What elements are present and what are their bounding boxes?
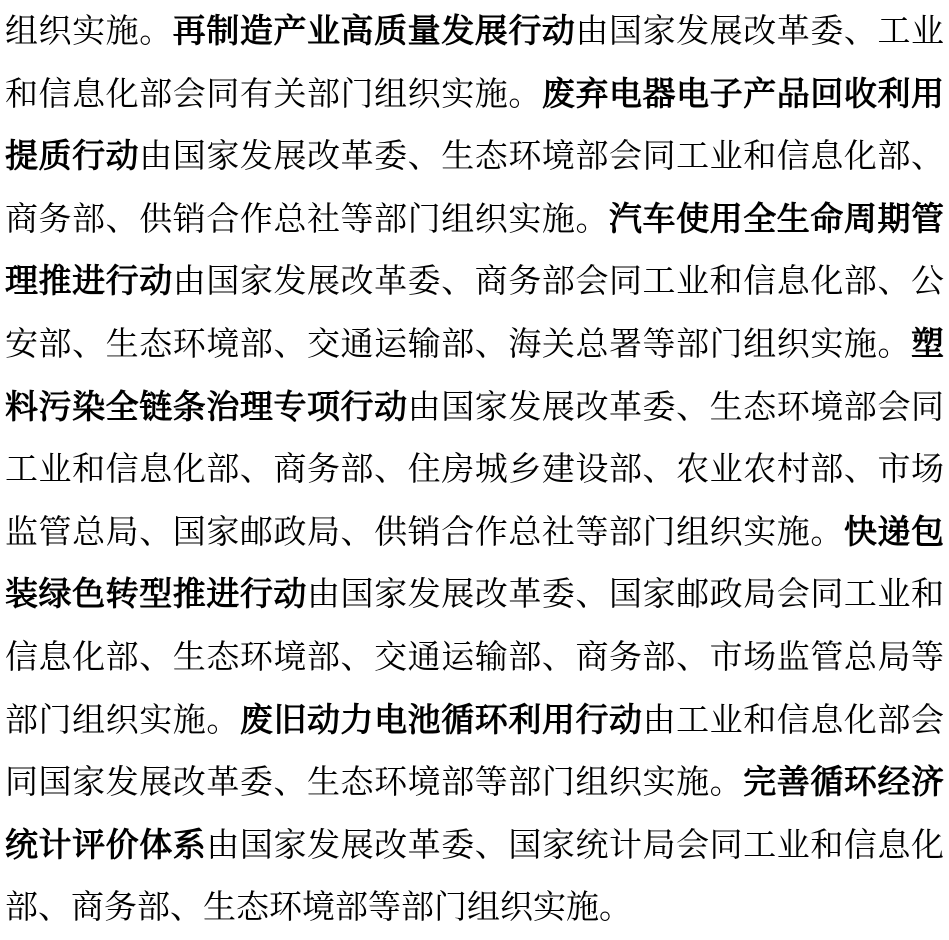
body-text: 由国家发展改革委、生态环境部会同工业和信息化部、 bbox=[139, 139, 944, 175]
body-text: 信息化部、生态环境部、交通运输部、商务部、市场监管总局等 bbox=[5, 640, 944, 676]
body-text: 同国家发展改革委、生态环境部等部门组织实施。 bbox=[5, 765, 743, 801]
text-line: 工业和信息化部、商务部、住房城乡建设部、农业农村部、市场 bbox=[5, 439, 944, 502]
text-line: 和信息化部会同有关部门组织实施。废弃电器电子产品回收利用 bbox=[5, 64, 944, 127]
body-text: 由国家发展改革委、生态环境部会同 bbox=[408, 390, 944, 426]
action-name-text: 统计评价体系 bbox=[5, 828, 206, 864]
action-name-text: 理推进行动 bbox=[5, 264, 173, 300]
body-text: 部、商务部、生态环境部等部门组织实施。 bbox=[5, 890, 632, 926]
action-name-text: 汽车使用全生命周期管 bbox=[609, 202, 944, 238]
action-name-text: 再制造产业高质量发展行动 bbox=[173, 14, 576, 50]
action-name-text: 装绿色转型推进行动 bbox=[5, 577, 307, 613]
body-text: 由国家发展改革委、商务部会同工业和信息化部、公 bbox=[173, 264, 944, 300]
action-name-text: 废旧动力电池循环利用行动 bbox=[240, 703, 643, 739]
text-line: 商务部、供销合作总社等部门组织实施。汽车使用全生命周期管 bbox=[5, 189, 944, 252]
text-line: 同国家发展改革委、生态环境部等部门组织实施。完善循环经济 bbox=[5, 752, 944, 815]
text-line: 组织实施。再制造产业高质量发展行动由国家发展改革委、工业 bbox=[5, 1, 944, 64]
body-text: 部门组织实施。 bbox=[5, 703, 240, 739]
body-text: 由国家发展改革委、工业 bbox=[575, 14, 944, 50]
text-line: 理推进行动由国家发展改革委、商务部会同工业和信息化部、公 bbox=[5, 251, 944, 314]
body-text: 由国家发展改革委、国家统计局会同工业和信息化 bbox=[206, 828, 944, 864]
body-text: 商务部、供销合作总社等部门组织实施。 bbox=[5, 202, 609, 238]
action-name-text: 塑 bbox=[911, 327, 944, 363]
action-name-text: 提质行动 bbox=[5, 139, 139, 175]
text-line: 部门组织实施。废旧动力电池循环利用行动由工业和信息化部会 bbox=[5, 690, 944, 753]
action-name-text: 快递包 bbox=[844, 515, 944, 551]
body-text: 由国家发展改革委、国家邮政局会同工业和 bbox=[307, 577, 944, 613]
body-text: 组织实施。 bbox=[5, 14, 173, 50]
action-name-text: 废弃电器电子产品回收利用 bbox=[542, 77, 944, 113]
body-text: 由工业和信息化部会 bbox=[643, 703, 944, 739]
text-line: 监管总局、国家邮政局、供销合作总社等部门组织实施。快递包 bbox=[5, 502, 944, 565]
body-text: 监管总局、国家邮政局、供销合作总社等部门组织实施。 bbox=[5, 515, 844, 551]
action-name-text: 完善循环经济 bbox=[743, 765, 944, 801]
body-text: 安部、生态环境部、交通运输部、海关总署等部门组织实施。 bbox=[5, 327, 911, 363]
text-line: 部、商务部、生态环境部等部门组织实施。 bbox=[5, 877, 944, 940]
body-text: 工业和信息化部、商务部、住房城乡建设部、农业农村部、市场 bbox=[5, 452, 944, 488]
action-name-text: 料污染全链条治理专项行动 bbox=[5, 390, 408, 426]
text-line: 信息化部、生态环境部、交通运输部、商务部、市场监管总局等 bbox=[5, 627, 944, 690]
text-line: 统计评价体系由国家发展改革委、国家统计局会同工业和信息化 bbox=[5, 815, 944, 878]
text-line: 料污染全链条治理专项行动由国家发展改革委、生态环境部会同 bbox=[5, 377, 944, 440]
text-line: 安部、生态环境部、交通运输部、海关总署等部门组织实施。塑 bbox=[5, 314, 944, 377]
paragraph: 组织实施。再制造产业高质量发展行动由国家发展改革委、工业和信息化部会同有关部门组… bbox=[5, 1, 944, 940]
text-line: 提质行动由国家发展改革委、生态环境部会同工业和信息化部、 bbox=[5, 126, 944, 189]
body-text: 和信息化部会同有关部门组织实施。 bbox=[5, 77, 542, 113]
text-line: 装绿色转型推进行动由国家发展改革委、国家邮政局会同工业和 bbox=[5, 564, 944, 627]
document-page: 组织实施。再制造产业高质量发展行动由国家发展改革委、工业和信息化部会同有关部门组… bbox=[0, 0, 949, 940]
